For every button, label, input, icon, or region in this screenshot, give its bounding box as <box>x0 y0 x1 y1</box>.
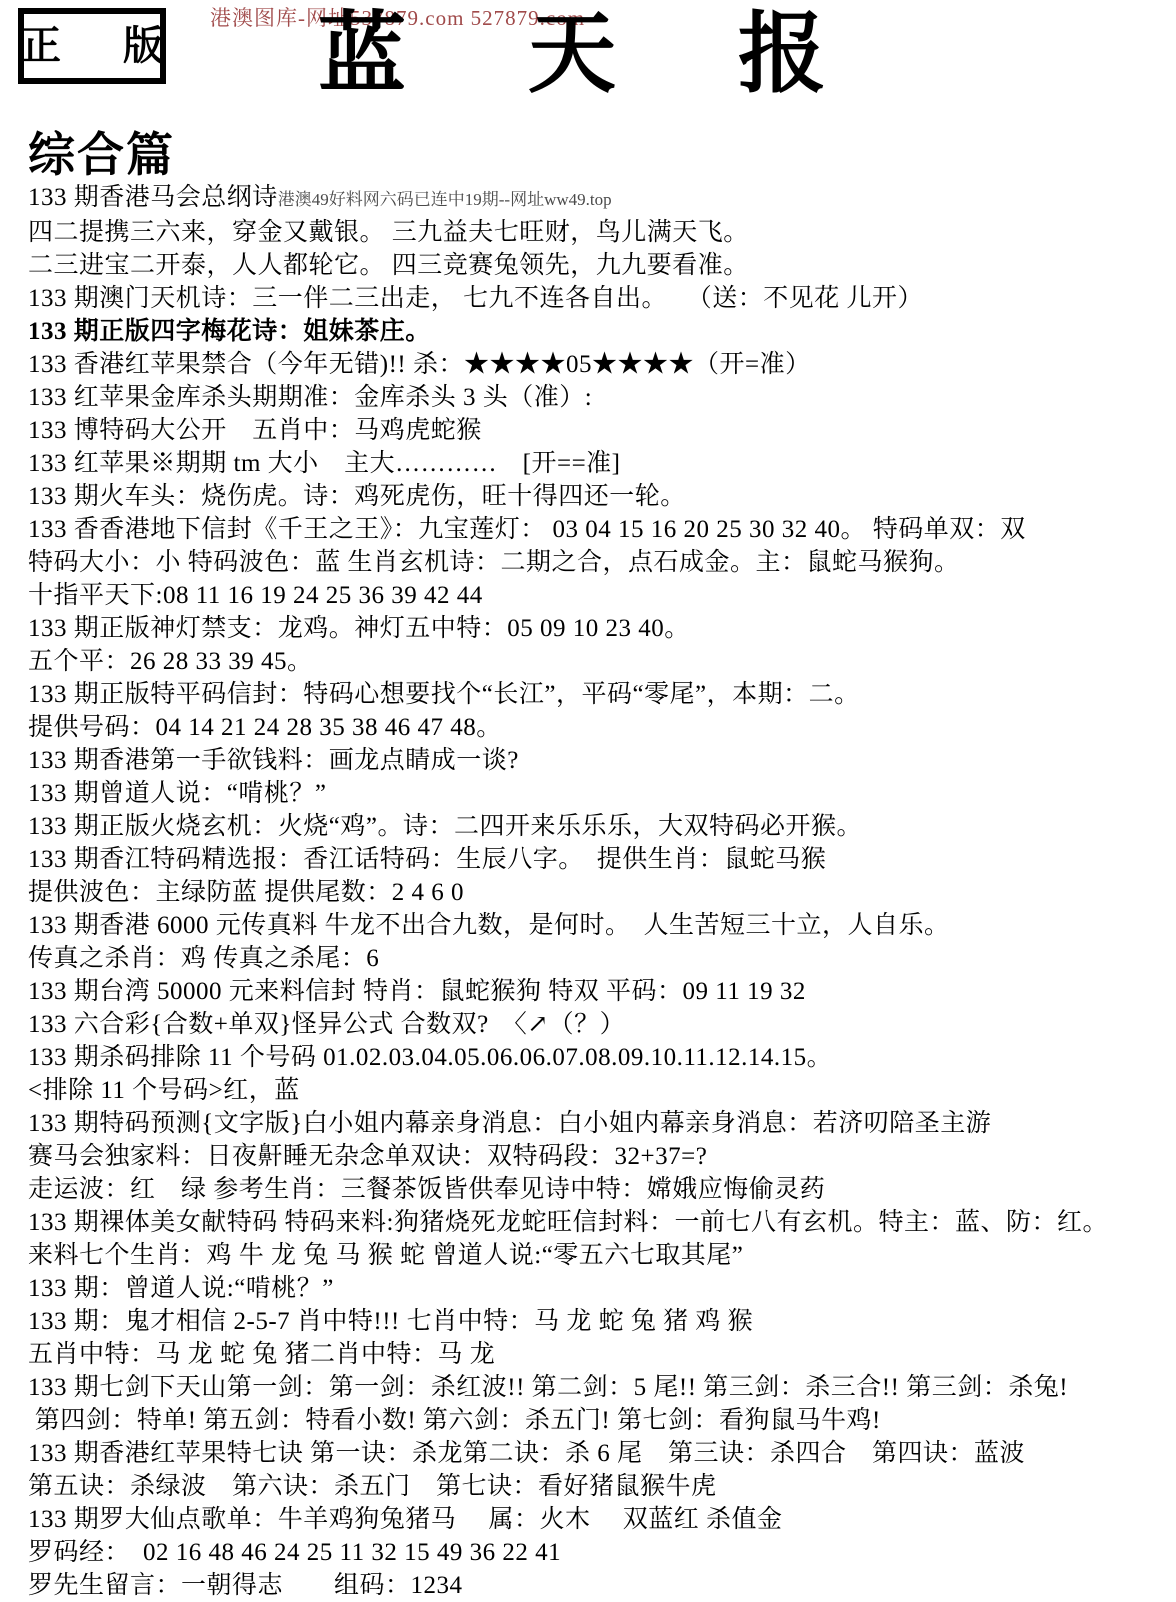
text-line: 133 期香港 6000 元传真料 牛龙不出合九数，是何时。 人生苦短三十立，人… <box>28 909 1174 942</box>
text-line-main: 罗码经： 02 16 48 46 24 25 11 32 15 49 36 22… <box>28 1539 561 1566</box>
text-line-main: 133 期正版特平码信封：特码心想要找个“长江”，平码“零尾”，本期：二。 <box>28 681 860 708</box>
text-line-main: 133 期香港 6000 元传真料 牛龙不出合九数，是何时。 人生苦短三十立，人… <box>28 912 950 939</box>
text-line: 133 期特码预测{文字版}白小姐内幕亲身消息：白小姐内幕亲身消息：若济叨陪圣主… <box>28 1107 1174 1140</box>
text-line: 133 期正版神灯禁支：龙鸡。神灯五中特：05 09 10 23 40。 <box>28 612 1174 645</box>
text-line-main: 133 期正版神灯禁支：龙鸡。神灯五中特：05 09 10 23 40。 <box>28 615 690 642</box>
text-line-main: 133 期特码预测{文字版}白小姐内幕亲身消息：白小姐内幕亲身消息：若济叨陪圣主… <box>28 1110 991 1137</box>
text-line: 133 期：鬼才相信 2-5-7 肖中特!!! 七肖中特：马 龙 蛇 兔 猪 鸡… <box>28 1305 1174 1338</box>
text-line: 133 期正版火烧玄机：火烧“鸡”。诗：二四开来乐乐乐，大双特码必开猴。 <box>28 810 1174 843</box>
text-line-main: 133 期七剑下天山第一剑：第一剑：杀红波!! 第二剑：5 尾!! 第三剑：杀三… <box>28 1374 1068 1401</box>
text-line-main: 133 期正版四字梅花诗：姐妹茶庄。 <box>28 318 431 345</box>
content-lines: 133 期香港马会总纲诗港澳49好料网六码已连中19期--网址ww49.top四… <box>28 181 1174 1602</box>
text-line: 提供波色：主绿防蓝 提供尾数：2 4 6 0 <box>28 876 1174 909</box>
text-line-main: 传真之杀肖：鸡 传真之杀尾：6 <box>28 945 379 972</box>
text-line: 133 期正版特平码信封：特码心想要找个“长江”，平码“零尾”，本期：二。 <box>28 678 1174 711</box>
text-line-main: 133 香香港地下信封《千王之王》：九宝莲灯： 03 04 15 16 20 2… <box>28 516 1026 543</box>
text-line-main: 133 期台湾 50000 元来料信封 特肖：鼠蛇猴狗 特双 平码：09 11 … <box>28 978 806 1005</box>
text-line: 第四剑：特单! 第五剑：特看小数! 第六剑：杀五门! 第七剑：看狗鼠马牛鸡! <box>28 1404 1174 1437</box>
text-line: 133 期罗大仙点歌单：牛羊鸡狗兔猪马 属：火木 双蓝红 杀值金 <box>28 1503 1174 1536</box>
section-title: 综合篇 <box>28 118 175 185</box>
text-line: 五肖中特：马 龙 蛇 兔 猪二肖中特：马 龙 <box>28 1338 1174 1371</box>
text-line: 罗先生留言：一朝得志 组码：1234 <box>28 1569 1174 1602</box>
text-line: 133 期裸体美女献特码 特码来料:狗猪烧死龙蛇旺信封料：一前七八有玄机。特主：… <box>28 1206 1174 1239</box>
text-line: 133 期香港第一手欲钱料：画龙点睛成一谈? <box>28 744 1174 777</box>
text-line: 133 香香港地下信封《千王之王》：九宝莲灯： 03 04 15 16 20 2… <box>28 513 1174 546</box>
text-line: 来料七个生肖：鸡 牛 龙 兔 马 猴 蛇 曾道人说:“零五六七取其尾” <box>28 1239 1174 1272</box>
text-line-main: 133 期裸体美女献特码 特码来料:狗猪烧死龙蛇旺信封料：一前七八有玄机。特主：… <box>28 1209 1108 1236</box>
text-line: 四二提携三六来，穿金又戴银。 三九益夫七旺财，鸟儿满天飞。 <box>28 216 1174 249</box>
text-line-main: 133 期正版火烧玄机：火烧“鸡”。诗：二四开来乐乐乐，大双特码必开猴。 <box>28 813 862 840</box>
text-line-main: 来料七个生肖：鸡 牛 龙 兔 马 猴 蛇 曾道人说:“零五六七取其尾” <box>28 1242 743 1269</box>
text-line: 传真之杀肖：鸡 传真之杀尾：6 <box>28 942 1174 975</box>
text-line: 提供号码：04 14 21 24 28 35 38 46 47 48。 <box>28 711 1174 744</box>
text-line: 133 期香港红苹果特七诀 第一诀：杀龙第二诀：杀 6 尾 第三诀：杀四合 第四… <box>28 1437 1174 1470</box>
text-line: 133 期香港马会总纲诗港澳49好料网六码已连中19期--网址ww49.top <box>28 181 1174 216</box>
text-line-main: 二三进宝二开泰，人人都轮它。 四三竞赛兔领先，九九要看准。 <box>28 252 749 279</box>
text-line: 133 红苹果※期期 tm 大小 主大………… [开==准] <box>28 447 1174 480</box>
text-line-main: 133 期香港第一手欲钱料：画龙点睛成一谈? <box>28 747 519 774</box>
text-line-main: 提供号码：04 14 21 24 28 35 38 46 47 48。 <box>28 714 502 741</box>
text-line-main: 133 期香江特码精选报：香江话特码：生辰八字。 提供生肖：鼠蛇马猴 <box>28 846 826 873</box>
text-line-main: 五个平：26 28 33 39 45。 <box>28 648 313 675</box>
text-line: 133 期曾道人说：“啃桃？” <box>28 777 1174 810</box>
text-line: 十指平天下:08 11 16 19 24 25 36 39 42 44 <box>28 579 1174 612</box>
page-title: 蓝天报 <box>318 10 948 102</box>
text-line: 133 香港红苹果禁合（今年无错)!! 杀：★★★★05★★★★（开=准） <box>28 348 1174 381</box>
text-line: 133 六合彩{合数+单双}怪异公式 合数双? 〈↗（？） <box>28 1008 1174 1041</box>
text-line: 133 期正版四字梅花诗：姐妹茶庄。 <box>28 315 1174 348</box>
text-line: 特码大小：小 特码波色：蓝 生肖玄机诗：二期之合，点石成金。主：鼠蛇马猴狗。 <box>28 546 1174 579</box>
text-line-main: 133 香港红苹果禁合（今年无错)!! 杀：★★★★05★★★★（开=准） <box>28 351 811 378</box>
newspaper-page: 正 版 港澳图库-网址537879.com 527879.com 蓝天报 综合篇… <box>0 0 1176 1602</box>
text-line-note: 港澳49好料网六码已连中19期--网址ww49.top <box>278 190 612 209</box>
text-line: 走运波：红 绿 参考生肖：三餐茶饭皆供奉见诗中特：嫦娥应悔偷灵药 <box>28 1173 1174 1206</box>
text-line-main: 罗先生留言：一朝得志 组码：1234 <box>28 1572 463 1599</box>
text-line: 赛马会独家料：日夜鼾睡无杂念单双诀：双特码段：32+37=? <box>28 1140 1174 1173</box>
text-line: 133 期澳门天机诗：三一伴二三出走， 七九不连各自出。 （送：不见花 儿开） <box>28 282 1174 315</box>
text-line: 133 期：曾道人说:“啃桃？” <box>28 1272 1174 1305</box>
authentic-badge: 正 版 <box>18 8 166 84</box>
text-line-main: 赛马会独家料：日夜鼾睡无杂念单双诀：双特码段：32+37=? <box>28 1143 707 1170</box>
text-line: 133 红苹果金库杀头期期准：金库杀头 3 头（准）: <box>28 381 1174 414</box>
text-line: 133 期杀码排除 11 个号码 01.02.03.04.05.06.06.07… <box>28 1041 1174 1074</box>
text-line: 133 期七剑下天山第一剑：第一剑：杀红波!! 第二剑：5 尾!! 第三剑：杀三… <box>28 1371 1174 1404</box>
text-line: 133 期台湾 50000 元来料信封 特肖：鼠蛇猴狗 特双 平码：09 11 … <box>28 975 1174 1008</box>
text-line: 133 期香江特码精选报：香江话特码：生辰八字。 提供生肖：鼠蛇马猴 <box>28 843 1174 876</box>
text-line-main: 133 红苹果金库杀头期期准：金库杀头 3 头（准）: <box>28 384 592 411</box>
text-line-main: 特码大小：小 特码波色：蓝 生肖玄机诗：二期之合，点石成金。主：鼠蛇马猴狗。 <box>28 549 960 576</box>
text-line: <排除 11 个号码>红，蓝 <box>28 1074 1174 1107</box>
text-line: 第五诀：杀绿波 第六诀：杀五门 第七诀：看好猪鼠猴牛虎 <box>28 1470 1174 1503</box>
text-line-main: 133 期火车头：烧伤虎。诗：鸡死虎伤，旺十得四还一轮。 <box>28 483 686 510</box>
text-line-main: 133 期罗大仙点歌单：牛羊鸡狗兔猪马 属：火木 双蓝红 杀值金 <box>28 1506 783 1533</box>
text-line-main: 133 红苹果※期期 tm 大小 主大………… [开==准] <box>28 450 621 477</box>
text-line: 133 期火车头：烧伤虎。诗：鸡死虎伤，旺十得四还一轮。 <box>28 480 1174 513</box>
text-line-main: 133 期香港马会总纲诗 <box>28 184 278 211</box>
text-line: 罗码经： 02 16 48 46 24 25 11 32 15 49 36 22… <box>28 1536 1174 1569</box>
text-line-main: 十指平天下:08 11 16 19 24 25 36 39 42 44 <box>28 582 483 609</box>
text-line: 133 博特码大公开 五肖中：马鸡虎蛇猴 <box>28 414 1174 447</box>
text-line: 二三进宝二开泰，人人都轮它。 四三竞赛兔领先，九九要看准。 <box>28 249 1174 282</box>
text-line-main: 133 期曾道人说：“啃桃？” <box>28 780 326 807</box>
text-line-main: 第四剑：特单! 第五剑：特看小数! 第六剑：杀五门! 第七剑：看狗鼠马牛鸡! <box>28 1407 881 1434</box>
text-line: 五个平：26 28 33 39 45。 <box>28 645 1174 678</box>
text-line-main: 133 六合彩{合数+单双}怪异公式 合数双? 〈↗（？） <box>28 1011 625 1038</box>
text-line-main: 133 期：鬼才相信 2-5-7 肖中特!!! 七肖中特：马 龙 蛇 兔 猪 鸡… <box>28 1308 753 1335</box>
text-line-main: 133 期杀码排除 11 个号码 01.02.03.04.05.06.06.07… <box>28 1044 832 1071</box>
text-line-main: 第五诀：杀绿波 第六诀：杀五门 第七诀：看好猪鼠猴牛虎 <box>28 1473 717 1500</box>
authentic-badge-label: 正 版 <box>0 26 189 66</box>
text-line-main: 走运波：红 绿 参考生肖：三餐茶饭皆供奉见诗中特：嫦娥应悔偷灵药 <box>28 1176 825 1203</box>
text-line-main: 133 期澳门天机诗：三一伴二三出走， 七九不连各自出。 （送：不见花 儿开） <box>28 285 923 312</box>
text-line-main: 提供波色：主绿防蓝 提供尾数：2 4 6 0 <box>28 879 464 906</box>
text-line-main: 五肖中特：马 龙 蛇 兔 猪二肖中特：马 龙 <box>28 1341 495 1368</box>
text-line-main: <排除 11 个号码>红，蓝 <box>28 1077 300 1104</box>
text-line-main: 133 期香港红苹果特七诀 第一诀：杀龙第二诀：杀 6 尾 第三诀：杀四合 第四… <box>28 1440 1025 1467</box>
text-line-main: 133 博特码大公开 五肖中：马鸡虎蛇猴 <box>28 417 482 444</box>
text-line-main: 四二提携三六来，穿金又戴银。 三九益夫七旺财，鸟儿满天飞。 <box>28 219 749 246</box>
text-line-main: 133 期：曾道人说:“啃桃？” <box>28 1275 334 1302</box>
